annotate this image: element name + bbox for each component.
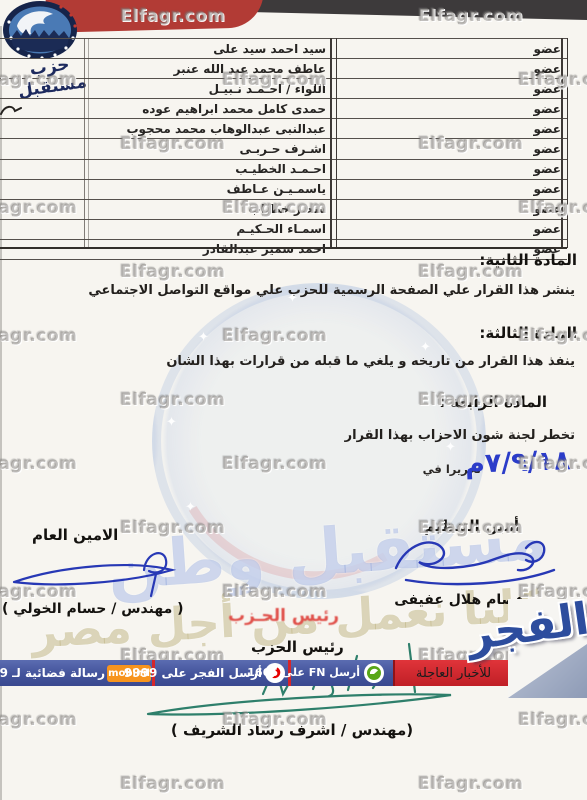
- star-icon: ✦: [185, 500, 196, 515]
- site-watermark: Elfagr.com: [120, 262, 225, 282]
- fajr-newspaper-logo: الفجر: [508, 599, 587, 698]
- etisalat-logo-icon: [364, 663, 384, 683]
- breaking-news-text: للأخبار العاجلة: [416, 666, 491, 681]
- table-left-border: [84, 38, 89, 248]
- organization-secretary-title: أمين التنظيم: [424, 517, 519, 535]
- member-name: اشـرف حـربـى: [0, 142, 332, 156]
- member-name: عاطف محمد عبد الله عنبر: [0, 62, 332, 76]
- member-name: عبدالنبى عبدالوهاب محمد محجوب: [0, 122, 332, 136]
- member-name: اسمـاء الحـكيـم: [0, 222, 332, 236]
- member-role: عضو: [332, 102, 567, 116]
- member-name: احمد سمير عبدالقادر: [0, 242, 332, 256]
- secretary-general-title: الامين العام: [32, 526, 118, 544]
- star-icon: ✦: [420, 340, 431, 355]
- article-four-title: المادة الرابعة :: [439, 393, 547, 411]
- member-role: عضو: [332, 162, 567, 176]
- handwritten-date: ٧/٩/١٨م: [464, 445, 570, 480]
- scanned-decree-page: ✦ ✦ ✦ ✦ ✦ ✦ مستقبل وطن كلنا نعمل من أجل …: [0, 0, 587, 800]
- site-watermark: Elfagr.com: [0, 326, 77, 346]
- article-three-title: المادة الثالثة:: [479, 324, 577, 342]
- site-watermark: Elfagr.com: [0, 710, 77, 730]
- site-watermark: Elfagr.com: [0, 454, 77, 474]
- members-table: سيد احمد سيد علىعضوعاطف محمد عبد الله عن…: [0, 38, 567, 260]
- table-right-border: [561, 38, 568, 248]
- secretary-general-signature: [6, 540, 191, 602]
- site-watermark: Elfagr.com: [518, 710, 587, 730]
- table-bottom-border: [0, 247, 567, 250]
- member-role: عضو: [332, 62, 567, 76]
- article-four-body: تخطر لجنة شون الاحزاب بهذا القرار: [345, 428, 575, 443]
- member-name: حمدى كامل محمد ابراهيم عوده: [0, 102, 332, 116]
- member-role: عضو: [332, 222, 567, 236]
- member-name: سيد احمد سيد على: [0, 42, 332, 56]
- news-ticker-bar: رسالة فضائية لـ 4529 mobinil أرسل الفجر …: [0, 660, 393, 686]
- secretary-general-name: ( مهندس / حسام الخولي ): [2, 601, 184, 617]
- member-name: اللواء / احـمـد نـبيـل: [0, 82, 332, 96]
- fajr-logo-text: الفجر: [502, 593, 587, 655]
- member-role: عضو: [332, 42, 567, 56]
- member-role: عضو: [332, 82, 567, 96]
- member-role: عضو: [332, 142, 567, 156]
- star-icon: ✦: [166, 415, 177, 430]
- article-three-body: ينفذ هذا القرار من تاريخه و يلغي ما قبله…: [166, 354, 575, 369]
- ticker-etisalat-text: أرسل FN على 1666: [292, 660, 360, 686]
- party-president-stamp-text: رئيس الحـزب: [228, 606, 339, 626]
- ticker-vodafone-text: أرسل الفجر على 9999: [157, 660, 262, 686]
- breaking-news-label: للأخبار العاجلة: [393, 660, 512, 686]
- member-role: عضو: [332, 202, 567, 216]
- ticker-mobinil-text: رسالة فضائية لـ 4529: [2, 660, 105, 686]
- article-two-body: ينشر هذا القرار علي الصفحة الرسمية للحزب…: [88, 283, 575, 298]
- pen-mark: [0, 102, 24, 120]
- star-icon: ✦: [198, 330, 209, 345]
- table-column-divider: [330, 38, 337, 248]
- member-name: سحـر خطـاب: [0, 202, 332, 216]
- member-name: ياسمـيـن عـاطف: [0, 182, 332, 196]
- site-watermark: Elfagr.com: [418, 774, 523, 794]
- member-role: عضو: [332, 122, 567, 136]
- flag-dark-band: [248, 0, 587, 20]
- member-role: عضو: [332, 182, 567, 196]
- site-watermark: Elfagr.com: [120, 774, 225, 794]
- organization-secretary-signature: [378, 528, 568, 593]
- article-two-title: المادة الثانية:: [479, 251, 577, 269]
- member-name: احـمـد الخطيـب: [0, 162, 332, 176]
